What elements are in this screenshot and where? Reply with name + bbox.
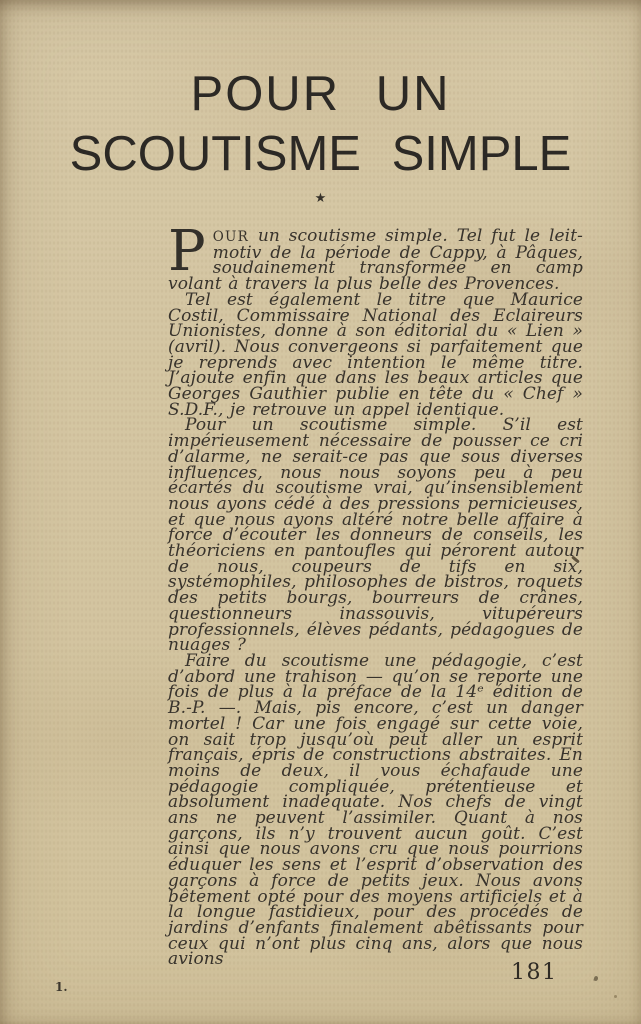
signature-mark: 1.: [55, 980, 68, 994]
paragraph-4: Faire du scoutisme une pédagogie, c’est …: [168, 654, 583, 968]
ink-speck: [614, 995, 617, 998]
title-line-2: SCOUTISME SIMPLE: [0, 124, 641, 184]
article-body: POUR un scoutisme simple. Tel fut le lei…: [168, 229, 583, 968]
title-line-1: POUR UN: [0, 64, 641, 124]
paragraph-1: POUR un scoutisme simple. Tel fut le lei…: [168, 229, 583, 293]
dropcap-initial: P: [168, 229, 213, 277]
page-title: POUR UN SCOUTISME SIMPLE: [0, 0, 641, 184]
paragraph-3: Pour un scoutisme simple. S’il est impér…: [168, 418, 583, 654]
star-icon: ★: [0, 191, 641, 204]
paragraph-2: Tel est également le titre que Maurice C…: [168, 293, 583, 419]
page-number: 181: [511, 960, 558, 985]
ink-speck: [593, 976, 598, 982]
scanned-book-page: POUR UN SCOUTISME SIMPLE ★ POUR un scout…: [0, 0, 641, 1024]
